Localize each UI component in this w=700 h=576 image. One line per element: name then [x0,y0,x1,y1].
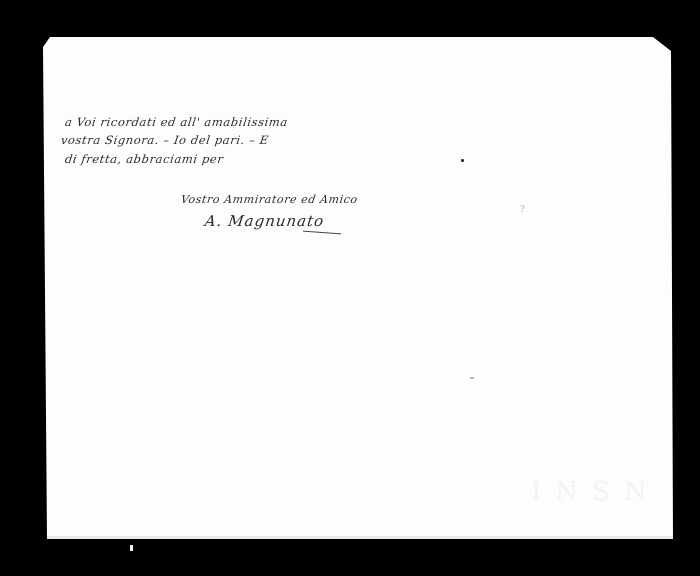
margin-mark: ? [520,205,525,215]
letter-line-2: vostra Signora. – Io del pari. – E [60,133,270,147]
letter-page: a Voi ricordati ed all' amabilissima vos… [43,37,673,539]
signature-flourish [303,231,341,235]
letter-closing: Vostro Ammiratore ed Amico [180,193,359,206]
letter-line-3: di fretta, abbraciami per [64,152,224,166]
ink-dot [461,159,464,162]
letter-line-1: a Voi ricordati ed all' amabilissima [64,115,289,129]
watermark: INSN [531,477,661,507]
paper-speck [470,377,474,379]
page-edge [43,536,673,539]
letter-signature: A. Magnunato [204,212,326,230]
film-artifact [130,545,133,551]
